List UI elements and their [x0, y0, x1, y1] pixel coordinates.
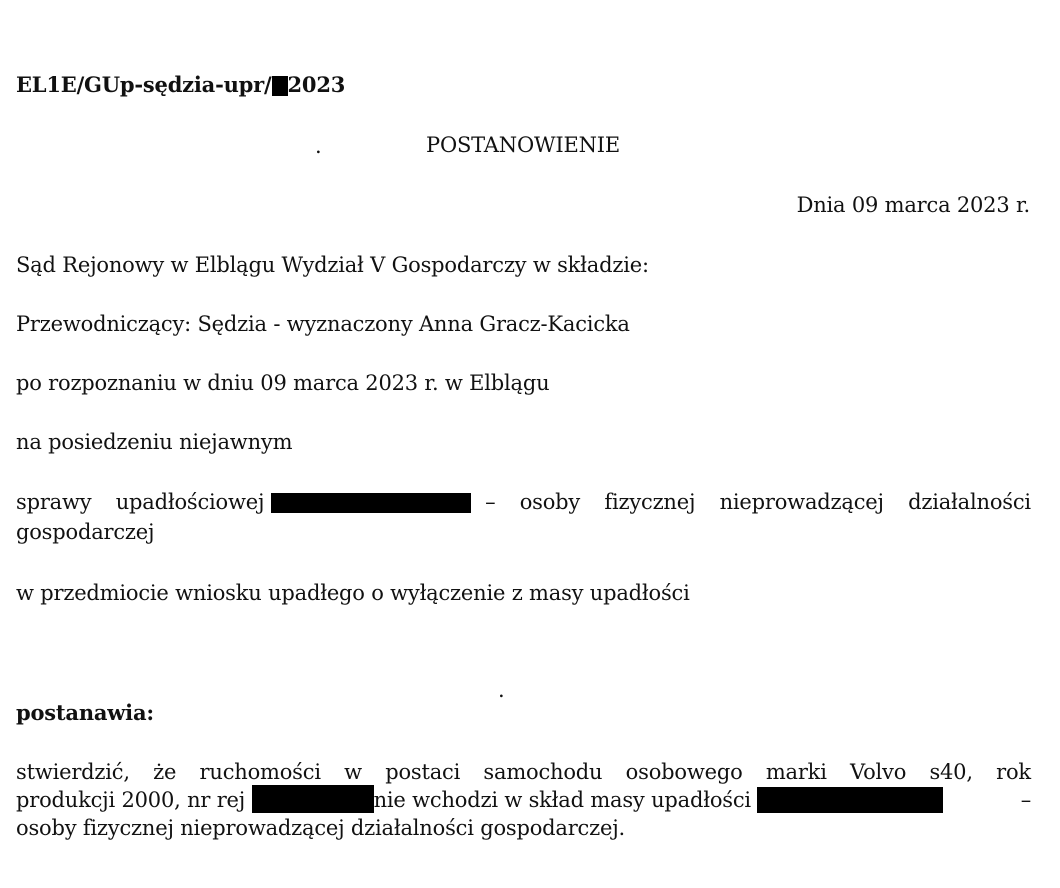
signature-year: 2023 — [288, 72, 346, 97]
word: sprawy — [16, 486, 91, 518]
document-date: Dnia 09 marca 2023 r. — [797, 190, 1030, 220]
document-title: POSTANOWIENIE — [0, 130, 1046, 160]
text: produkcji 2000, nr rej — [16, 788, 245, 812]
redaction-box — [271, 493, 471, 513]
word: – — [485, 486, 495, 518]
subject-line: w przedmiocie wniosku upadłego o wyłącze… — [16, 578, 690, 608]
case-line-1: sprawy upadłościowej – osoby fizycznej n… — [16, 486, 1031, 518]
redaction-box — [252, 785, 374, 813]
court-line: Sąd Rejonowy w Elblągu Wydział V Gospoda… — [16, 250, 649, 280]
text: nie wchodzi w skład masy upadłości — [374, 788, 751, 812]
presiding-judge-line: Przewodniczący: Sędzia - wyznaczony Anna… — [16, 309, 630, 339]
word: nieprowadzącej — [720, 486, 884, 518]
case-paragraph: sprawy upadłościowej – osoby fizycznej n… — [16, 486, 1031, 548]
signature-prefix: EL1E/GUp-sędzia-upr/ — [16, 72, 272, 97]
word: fizycznej — [604, 486, 695, 518]
case-signature: EL1E/GUp-sędzia-upr/2023 — [16, 70, 345, 100]
decision-paragraph: stwierdzić, że ruchomości w postaci samo… — [16, 756, 1031, 844]
word: upadłościowej — [116, 490, 265, 514]
redaction-box — [757, 787, 943, 813]
session-line: na posiedzeniu niejawnym — [16, 427, 292, 457]
decision-label: postanawia: — [16, 698, 154, 728]
word: osoby — [520, 486, 580, 518]
word: działalności — [908, 486, 1031, 518]
text: – — [1021, 784, 1031, 816]
stray-dot: . — [498, 680, 505, 700]
redaction-box — [272, 76, 288, 96]
decision-line-3: osoby fizycznej nieprowadzącej działalno… — [16, 812, 1031, 844]
case-line-2: gospodarczej — [16, 516, 1031, 548]
hearing-line: po rozpoznaniu w dniu 09 marca 2023 r. w… — [16, 368, 549, 398]
word-group: upadłościowej — [116, 486, 471, 518]
